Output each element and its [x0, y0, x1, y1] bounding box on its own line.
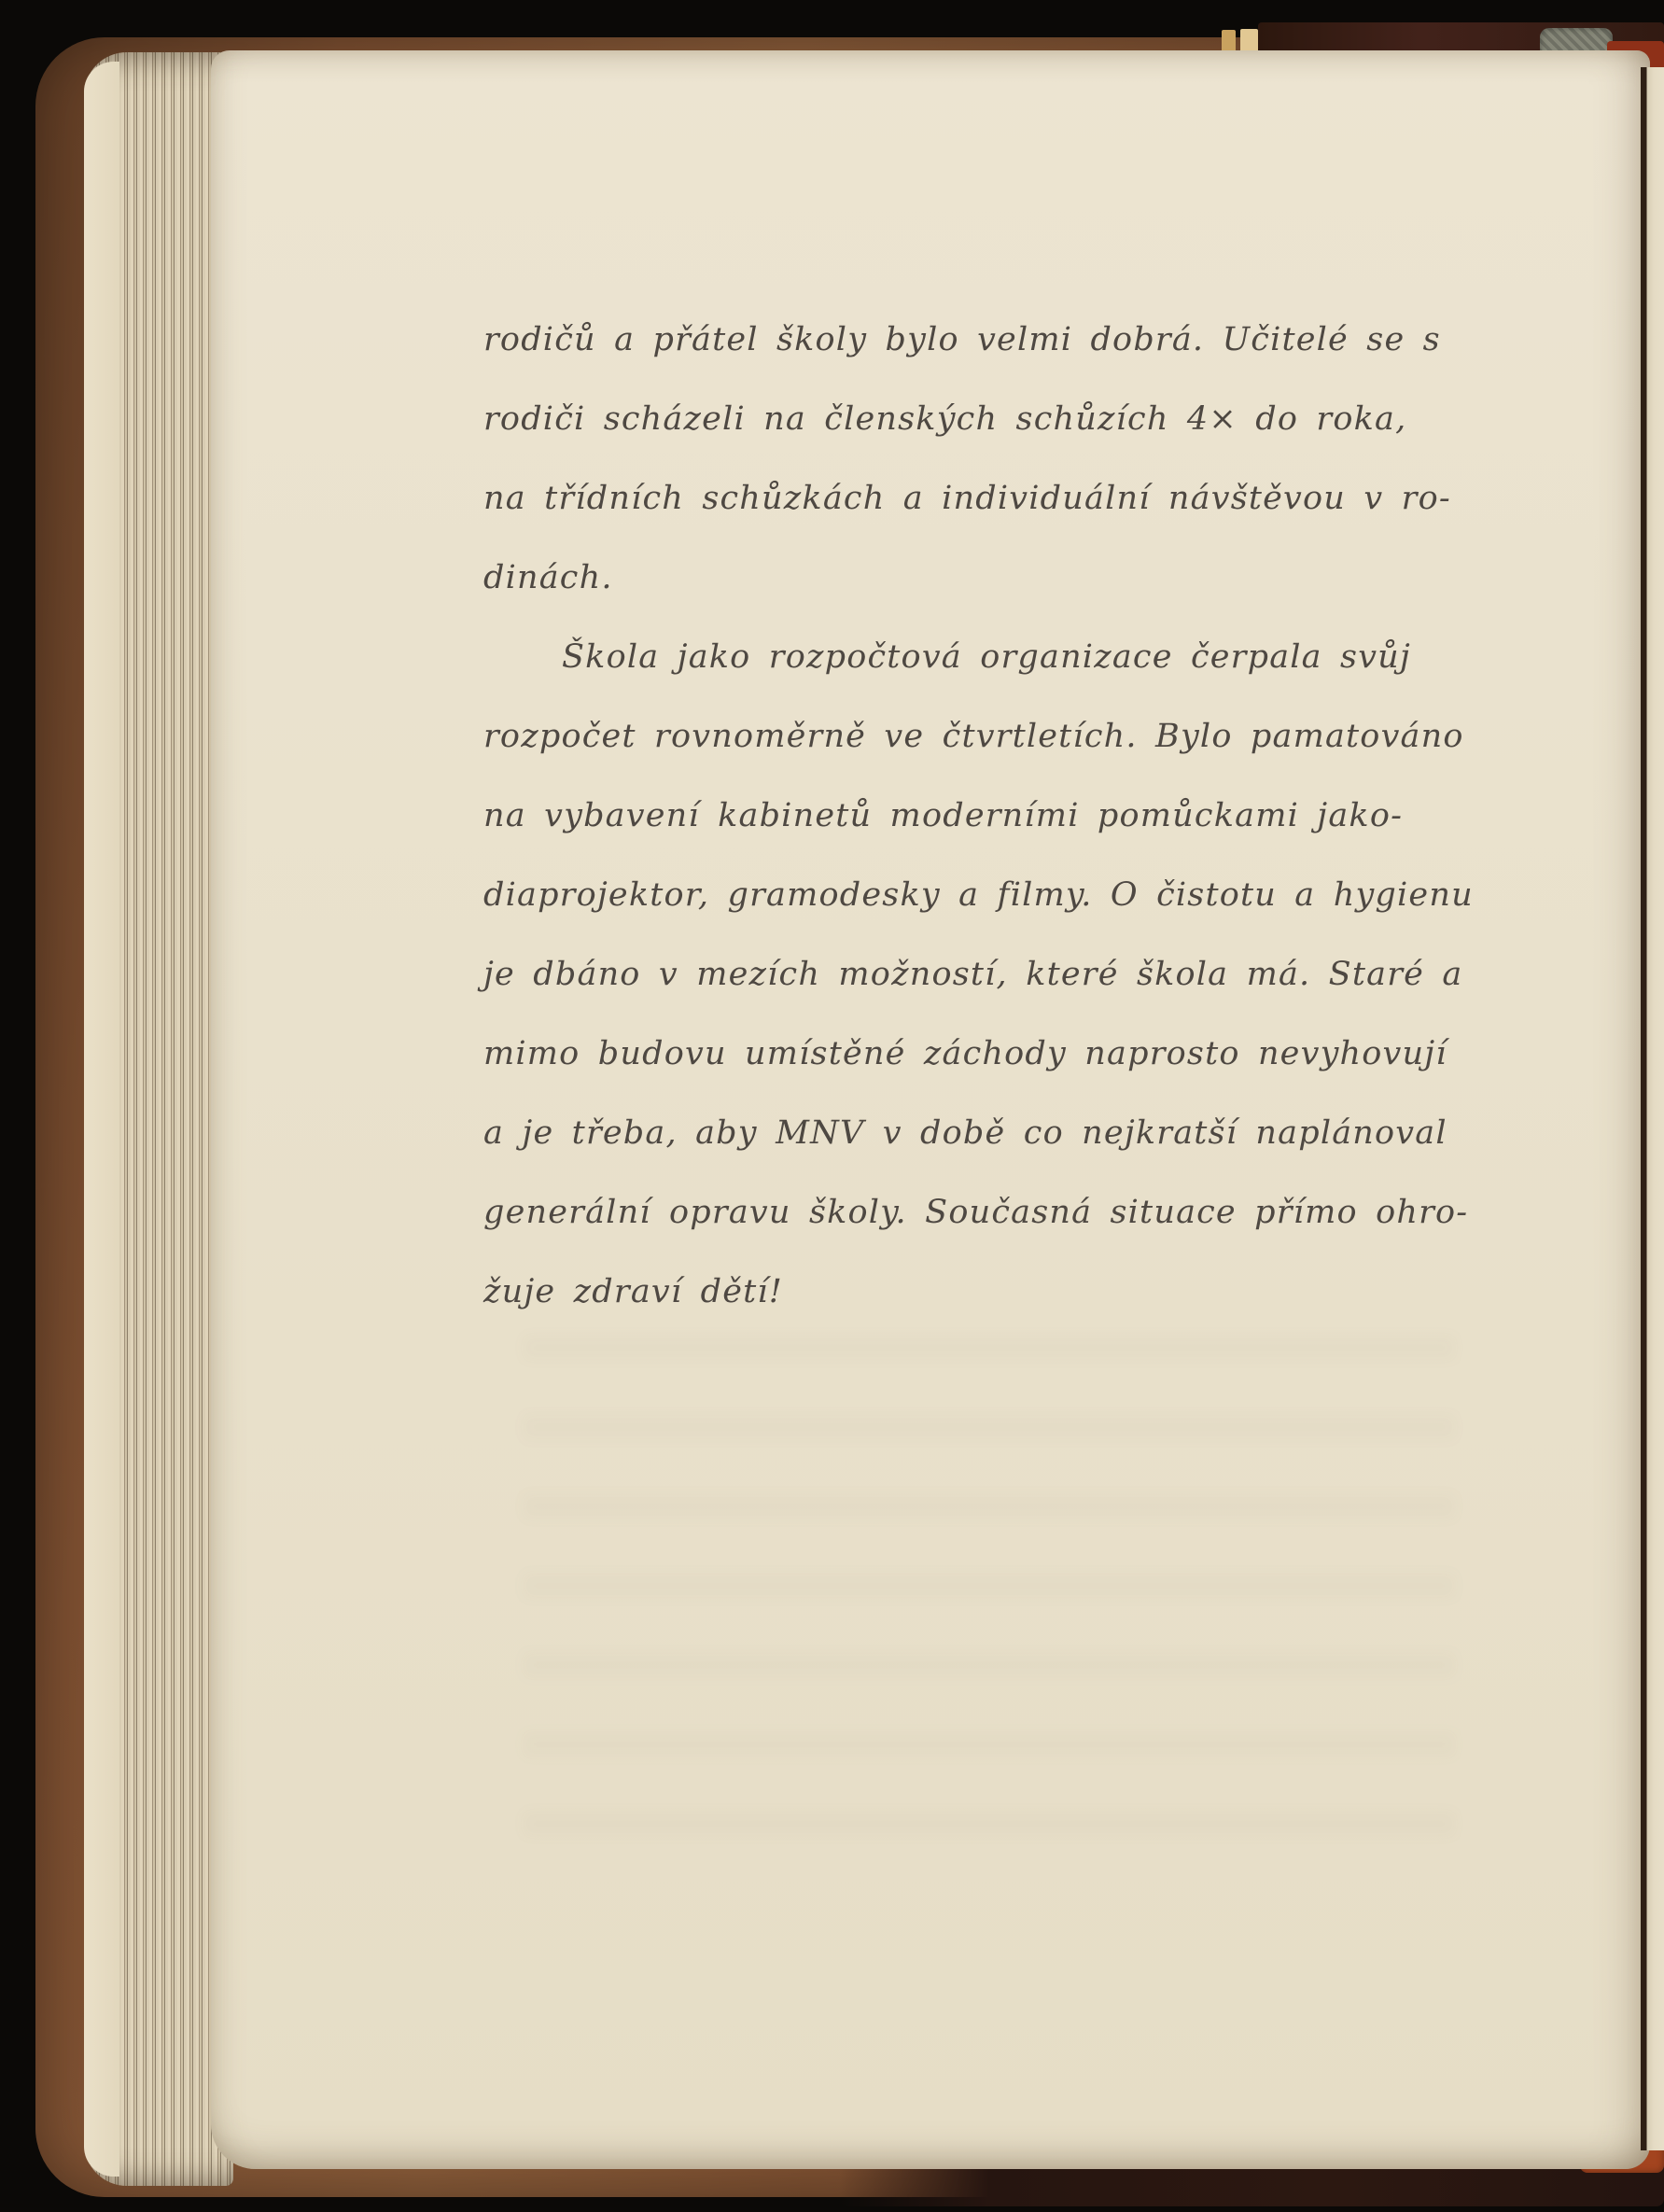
handwritten-line: Škola jako rozpočtová organizace čerpala…: [483, 618, 1463, 697]
handwritten-line: dinách.: [483, 539, 1463, 618]
handwritten-line: rodiči scházeli na členských schůzích 4×…: [483, 380, 1463, 459]
handwritten-line: je dbáno v mezích možností, které škola …: [483, 935, 1463, 1015]
handwritten-line: generální opravu školy. Současná situace…: [483, 1173, 1463, 1253]
book-photo: rodičů a přátel školy bylo velmi dobrá. …: [0, 0, 1664, 2212]
handwritten-line: žuje zdraví dětí!: [483, 1253, 1463, 1332]
first-page-edge: [84, 62, 119, 2177]
handwritten-line: mimo budovu umístěné záchody naprosto ne…: [483, 1015, 1463, 1094]
handwritten-line: na vybavení kabinetů moderními pomůckami…: [483, 777, 1463, 856]
handwritten-text-block: rodičů a přátel školy bylo velmi dobrá. …: [483, 301, 1463, 1332]
next-page-edge: [1641, 67, 1664, 2150]
handwritten-line: rozpočet rovnoměrně ve čtvrtletích. Bylo…: [483, 697, 1463, 777]
handwritten-line: diaprojektor, gramodesky a filmy. O čist…: [483, 856, 1463, 935]
handwritten-line: a je třeba, aby MNV v době co nejkratší …: [483, 1094, 1463, 1173]
handwritten-line: na třídních schůzkách a individuální náv…: [483, 459, 1463, 539]
handwritten-line: rodičů a přátel školy bylo velmi dobrá. …: [483, 301, 1463, 380]
